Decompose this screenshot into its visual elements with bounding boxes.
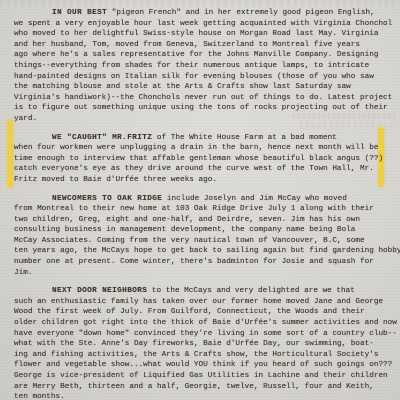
text-line: flower and vegetable show...what would Y… bbox=[14, 360, 396, 371]
text-line: hand-painted designs on Italian silk for… bbox=[14, 72, 396, 83]
text-line: Virginia's handiwork)--the Chonchols nev… bbox=[14, 93, 396, 104]
text-line: time enough to interview that affable ge… bbox=[14, 154, 396, 165]
text-line: when four workmen were unplugging a drai… bbox=[14, 143, 396, 154]
text-line: who moved to her delightful Swiss-style … bbox=[14, 29, 396, 40]
paragraph-lead-rest: to the McCays and very delighted are we … bbox=[147, 287, 355, 295]
paragraph-lead: IN OUR BEST bbox=[52, 9, 107, 17]
paragraph-lead-rest: "pigeon French" and in her extremely goo… bbox=[107, 9, 375, 17]
text-line: Jim. bbox=[14, 268, 396, 279]
text-line: WE "CAUGHT" MR.FRITZ of The White House … bbox=[14, 133, 396, 144]
text-line: have everyone "down home" convinced they… bbox=[14, 329, 396, 340]
text-line: things--everything from shades for their… bbox=[14, 61, 396, 72]
document-text: IN OUR BEST "pigeon French" and in her e… bbox=[14, 8, 396, 400]
text-line: ten years ago, the McCays hope to get ba… bbox=[14, 246, 396, 257]
text-line: Wood the first week of July. From Guilfo… bbox=[14, 307, 396, 318]
text-line: number one at present. Come winter, ther… bbox=[14, 257, 396, 268]
text-line: IN OUR BEST "pigeon French" and in her e… bbox=[14, 8, 396, 19]
text-line: NEWCOMERS TO OAK RIDGE include Joselyn a… bbox=[14, 194, 396, 205]
text-line: George is vice-president of Liquified Ga… bbox=[14, 371, 396, 382]
text-line: ten months. bbox=[14, 392, 396, 400]
bleed-through-artifact-top bbox=[0, 0, 400, 6]
scanned-newsletter-page: IN OUR BEST "pigeon French" and in her e… bbox=[0, 0, 400, 400]
text-line: ago where he's a sales representative fo… bbox=[14, 50, 396, 61]
paragraph-lead: NEXT DOOR NEIGHBORS bbox=[52, 287, 147, 295]
paragraph-we-caught-mr-fritz: WE "CAUGHT" MR.FRITZ of The White House … bbox=[14, 133, 396, 186]
text-line: what with the Ste. Anne's Day fireworks,… bbox=[14, 339, 396, 350]
text-line: consulting business in management develo… bbox=[14, 225, 396, 236]
text-line: are Merry Beth, thirteen and a half, Geo… bbox=[14, 382, 396, 393]
paragraph-newcomers-to-oak-ridge: NEWCOMERS TO OAK RIDGE include Joselyn a… bbox=[14, 194, 396, 279]
paragraph-lead-rest: of The White House Farm at a bad moment bbox=[152, 134, 337, 142]
text-line: the matching blouse and stole at the Art… bbox=[14, 82, 396, 93]
text-line: two children, Greg, eight and one-half, … bbox=[14, 215, 396, 226]
paragraph-lead-rest: include Joselyn and Jim McCay who moved bbox=[162, 195, 347, 203]
text-line: ing and fishing activities, the Arts & C… bbox=[14, 350, 396, 361]
text-line: McCay Associates. Coming from the very n… bbox=[14, 236, 396, 247]
text-line: and her husband, Tom, moved from Geneva,… bbox=[14, 40, 396, 51]
text-line: catch everyone's eye as they drive aroun… bbox=[14, 164, 396, 175]
text-line: such an enthusiastic family has taken ov… bbox=[14, 297, 396, 308]
paragraph-in-our-best: IN OUR BEST "pigeon French" and in her e… bbox=[14, 8, 396, 125]
paragraph-lead: WE "CAUGHT" MR.FRITZ bbox=[52, 134, 152, 142]
text-line: from Montreal to their new home at 103 O… bbox=[14, 204, 396, 215]
text-line: we spent a very enjoyable hour last week… bbox=[14, 19, 396, 30]
paragraph-lead: NEWCOMERS TO OAK RIDGE bbox=[52, 195, 162, 203]
text-line: is to figure out something unique using … bbox=[14, 103, 396, 114]
highlighter-mark-left bbox=[7, 119, 13, 188]
text-line: older children got right into the thick … bbox=[14, 318, 396, 329]
text-line: Fritz moved to Baie d'Urfée three weeks … bbox=[14, 175, 396, 186]
text-line: NEXT DOOR NEIGHBORS to the McCays and ve… bbox=[14, 286, 396, 297]
paragraph-next-door-neighbors: NEXT DOOR NEIGHBORS to the McCays and ve… bbox=[14, 286, 396, 400]
text-line: yard. bbox=[14, 114, 396, 125]
